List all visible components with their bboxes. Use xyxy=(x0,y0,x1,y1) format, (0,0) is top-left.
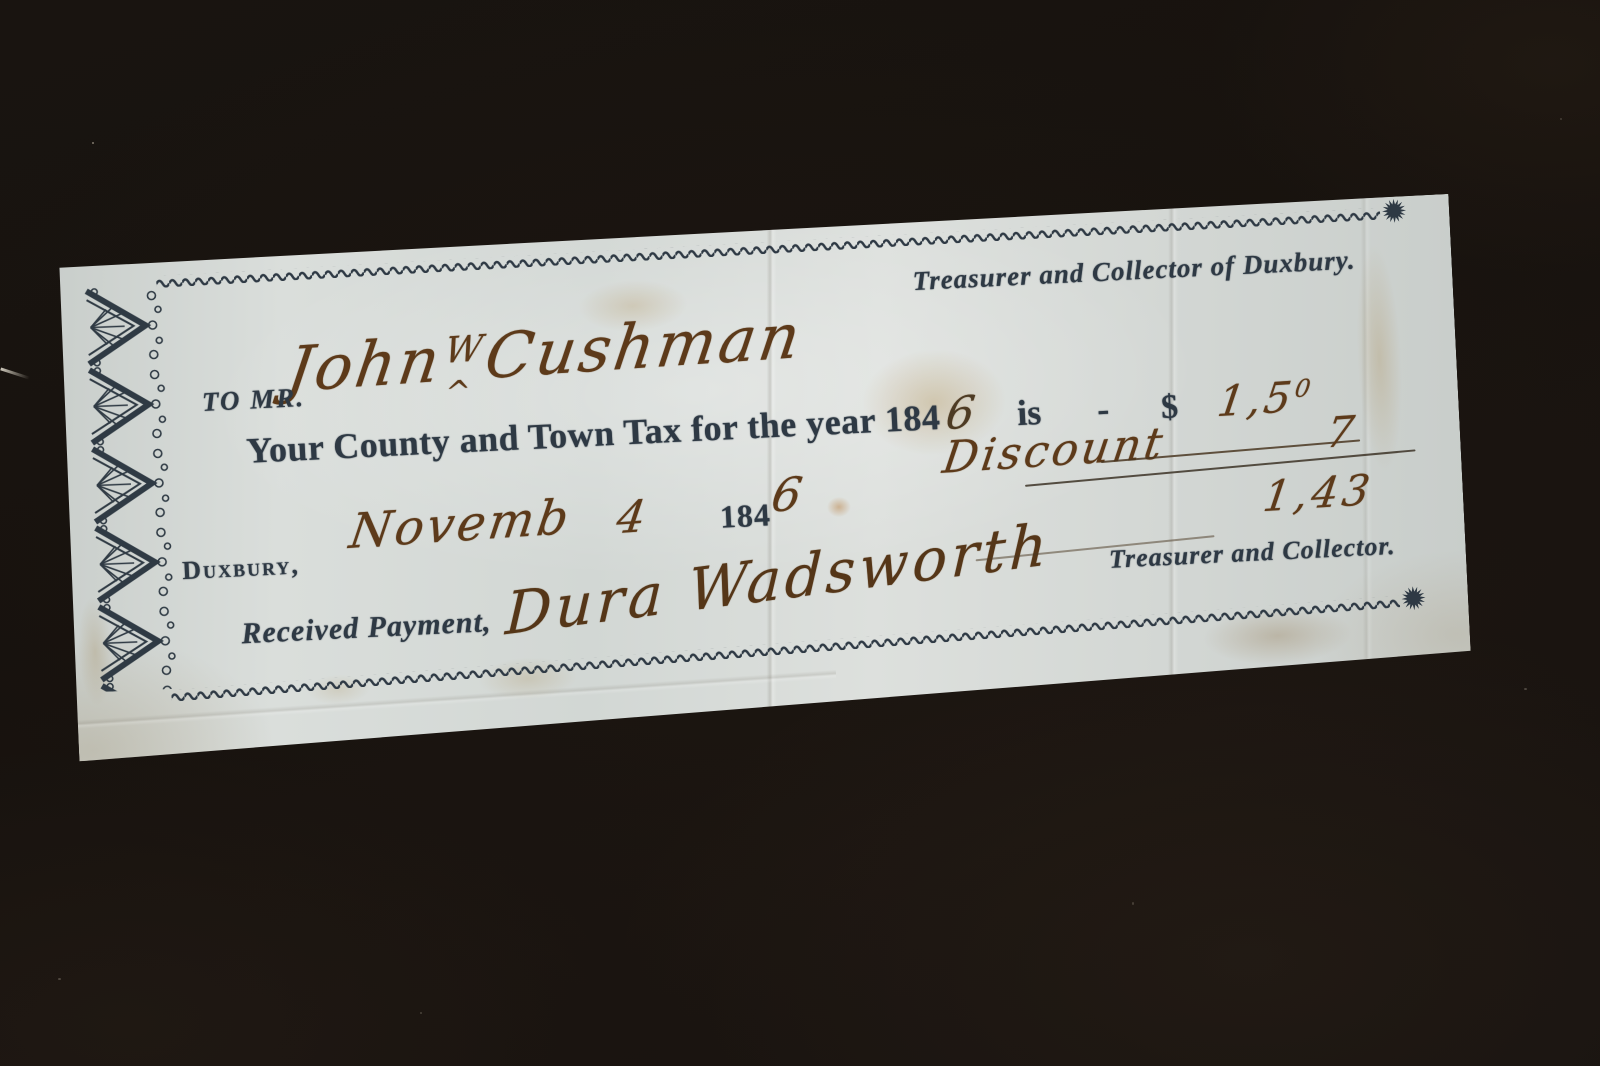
dust-speck xyxy=(1560,118,1562,120)
year-printed: 184 xyxy=(719,496,772,535)
amount-superscript: 0 xyxy=(1293,374,1315,403)
payer-name-handwriting: JohnW^Cushman xyxy=(282,299,807,407)
tax-amount-handwriting: 1,50 xyxy=(1214,371,1315,427)
chevron-ornament-border xyxy=(78,285,182,692)
duxbury-place-label: Duxbury, xyxy=(182,550,301,586)
inserted-letter: W xyxy=(444,339,487,362)
to-mr-label: TO MR. xyxy=(201,382,305,418)
day-handwriting: 4 xyxy=(613,491,651,544)
treasurer-of-duxbury-line: Treasurer and Collector of Duxbury. xyxy=(912,244,1356,297)
payer-first-name: John xyxy=(282,323,447,407)
stain-mark xyxy=(825,495,852,518)
tax-receipt-paper: Treasurer and Collector of Duxbury. John… xyxy=(55,194,1473,762)
date-line: Novemb 4 184 6 xyxy=(349,480,806,558)
net-total-handwriting: 1,43 xyxy=(1260,465,1377,522)
dust-speck xyxy=(58,978,61,980)
inserted-initial: W^ xyxy=(439,357,484,396)
caret-mark: ^ xyxy=(444,384,475,402)
scratch-mark xyxy=(0,367,29,379)
tax-line-printed-text: Your County and Town Tax for the year 18… xyxy=(245,396,941,472)
payer-last-name: Cushman xyxy=(481,299,808,394)
dust-speck xyxy=(1524,688,1527,690)
photo-background: Treasurer and Collector of Duxbury. John… xyxy=(0,0,1600,1066)
sunburst-ornament-icon xyxy=(1401,585,1427,611)
received-payment-label: Received Payment, xyxy=(241,605,493,651)
sunburst-ornament-icon xyxy=(1381,198,1406,223)
dust-speck xyxy=(1132,902,1134,905)
discount-value-handwriting: 7 xyxy=(1323,406,1360,457)
treasurer-collector-line: Treasurer and Collector. xyxy=(1108,531,1396,575)
dust-speck xyxy=(92,142,94,144)
month-handwriting: Novemb xyxy=(346,489,575,560)
dust-speck xyxy=(420,1012,422,1014)
